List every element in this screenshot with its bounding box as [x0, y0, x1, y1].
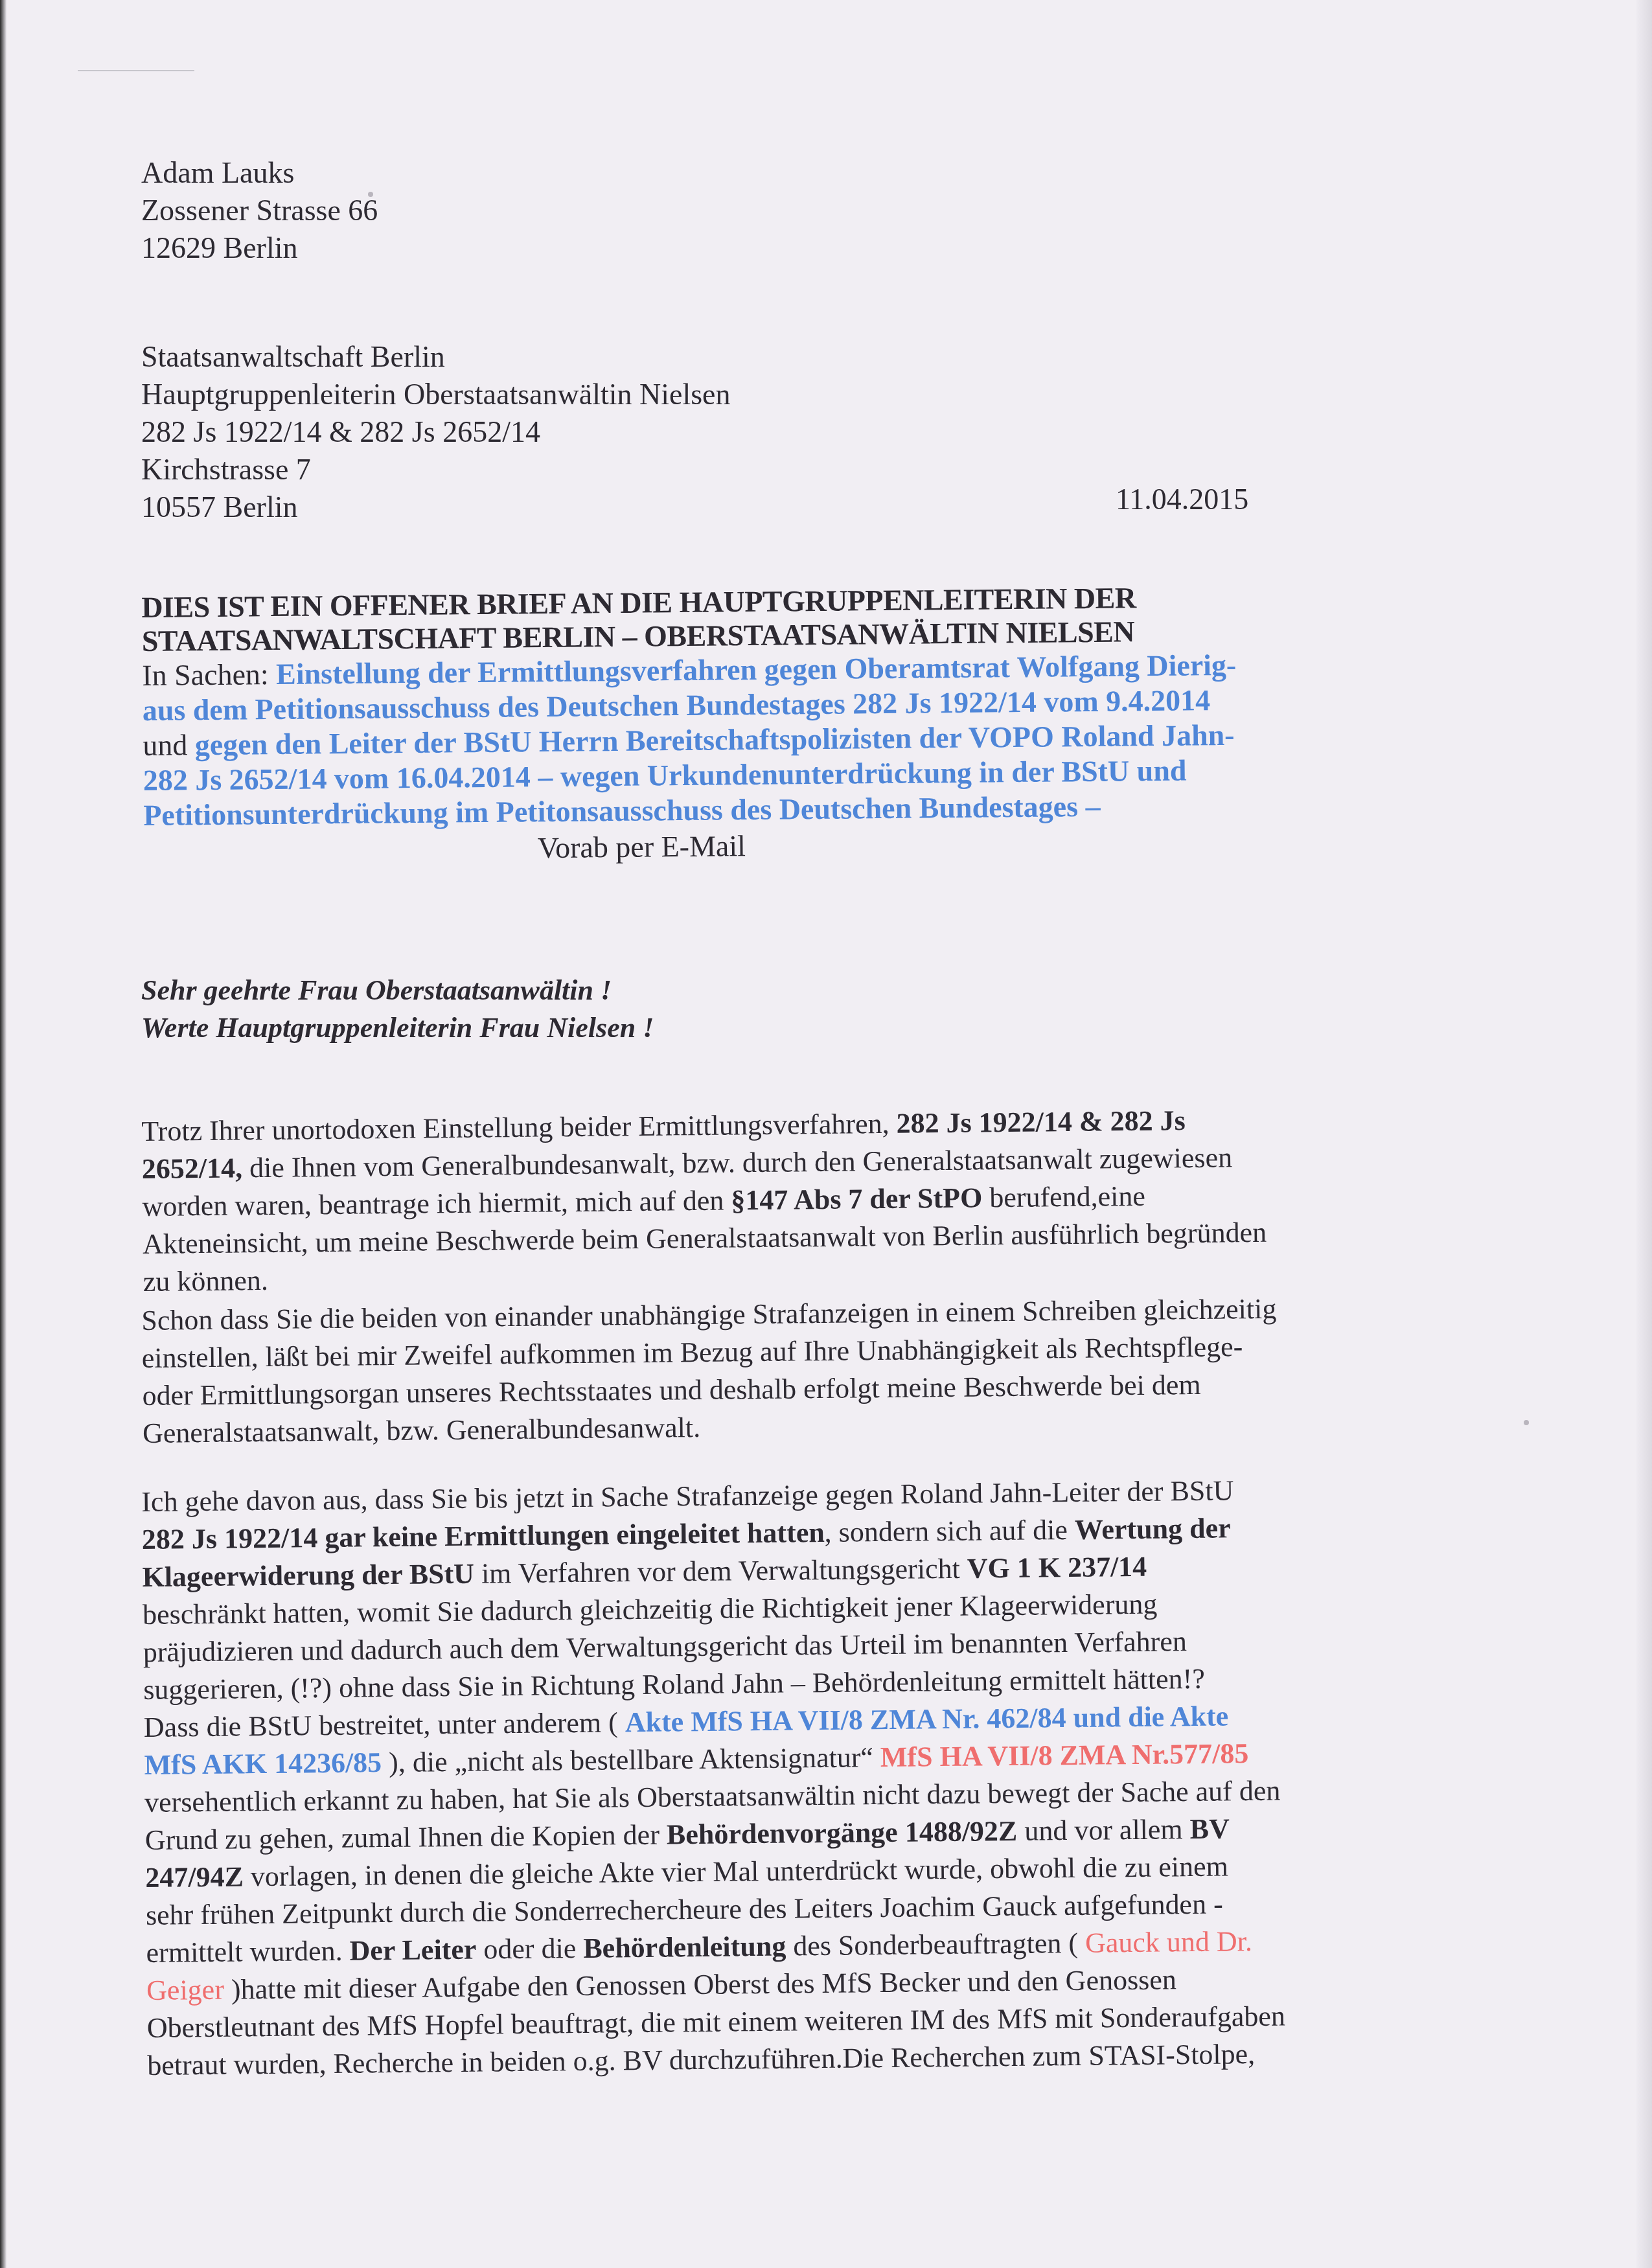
text: ), die „nicht als bestellbare Aktensigna…: [382, 1741, 880, 1778]
recipient-refs: 282 Js 1922/14 & 282 Js 2652/14: [141, 413, 731, 451]
text: worden waren, beantrage ich hiermit, mic…: [142, 1184, 731, 1222]
text: )hatte mit dieser Aufgabe den Genossen O…: [224, 1964, 1176, 2005]
text: vorlagen, in denen die gleiche Akte vier…: [244, 1850, 1228, 1892]
text: Trotz Ihrer unortodoxen Einstellung beid…: [141, 1108, 897, 1147]
subject-prefix: In Sachen:: [142, 658, 276, 692]
paragraph-3: Ich gehe davon aus, dass Sie bis jetzt i…: [141, 1470, 1443, 2085]
file-ref-blue: MfS AKK 14236/85: [144, 1747, 382, 1781]
text: im Verfahren vor dem Verwaltungsgericht: [474, 1553, 967, 1590]
court-ref: VG 1 K 237/14: [967, 1551, 1147, 1585]
recipient-person: Hauptgruppenleiterin Oberstaatsanwältin …: [141, 376, 731, 413]
subject-and: und: [143, 728, 195, 762]
paragraph-1: Trotz Ihrer unortodoxen Einstellung beid…: [141, 1099, 1439, 1301]
text: , sondern sich auf die: [824, 1514, 1075, 1548]
staple-mark: [78, 62, 194, 71]
sender-address: Adam Lauks Zossener Strasse 66 12629 Ber…: [141, 154, 378, 267]
text: Grund zu gehen, zumal Ihnen die Kopien d…: [145, 1819, 667, 1856]
text: des Sonderbeauftragten (: [786, 1927, 1085, 1962]
recipient-city: 10557 Berlin: [141, 488, 731, 526]
scan-left-edge: [0, 0, 6, 2268]
text: ermittelt wurden.: [146, 1935, 350, 1969]
sender-city: 12629 Berlin: [141, 229, 378, 267]
sender-name: Adam Lauks: [141, 154, 378, 192]
emphasis: 282 Js 1922/14 gar keine Ermittlungen ei…: [142, 1517, 825, 1555]
text: berufend,eine: [982, 1180, 1145, 1214]
names-red: Gauck und Dr.: [1085, 1925, 1252, 1959]
scan-speck: [1524, 1420, 1529, 1425]
sender-street: Zossener Strasse 66: [141, 192, 378, 229]
case-ref: 2652/14,: [142, 1152, 243, 1185]
letter-date: 11.04.2015: [1116, 482, 1248, 516]
recipient-street: Kirchstrasse 7: [141, 451, 731, 488]
names-red: Geiger: [146, 1974, 224, 2006]
recipient-org: Staatsanwaltschaft Berlin: [141, 338, 731, 376]
recipient-address: Staatsanwaltschaft Berlin Hauptgruppenle…: [141, 338, 731, 526]
law-ref: §147 Abs 7 der StPO: [731, 1182, 982, 1216]
emphasis: Behördenvorgänge 1488/92Z: [667, 1815, 1018, 1851]
text: Dass die BStU bestreitet, unter anderem …: [144, 1706, 625, 1743]
text: oder die: [476, 1932, 583, 1965]
file-ref-blue: Akte MfS HA VII/8 ZMA Nr. 462/84 und die…: [625, 1700, 1229, 1738]
scan-right-edge: [1636, 0, 1652, 2268]
text: und vor allem: [1017, 1813, 1190, 1847]
emphasis: Behördenleitung: [583, 1930, 786, 1964]
paragraph-2: Schon dass Sie die beiden von einander u…: [141, 1289, 1438, 1452]
emphasis: Der Leiter: [349, 1934, 476, 1967]
emphasis: BV: [1189, 1813, 1230, 1845]
salutation: Sehr geehrte Frau Oberstaatsanwältin ! W…: [141, 972, 654, 1047]
salutation-line-2: Werte Hauptgruppenleiterin Frau Nielsen …: [141, 1009, 654, 1047]
subject-block: DIES IST EIN OFFENER BRIEF AN DIE HAUPTG…: [141, 578, 1440, 869]
emphasis: Wertung der: [1075, 1512, 1231, 1546]
emphasis: Klageerwiderung der BStU: [142, 1558, 474, 1593]
emphasis: 247/94Z: [145, 1861, 244, 1894]
salutation-line-1: Sehr geehrte Frau Oberstaatsanwältin !: [141, 972, 654, 1009]
text: die Ihnen vom Generalbundesanwalt, bzw. …: [242, 1141, 1232, 1184]
file-ref-red: MfS HA VII/8 ZMA Nr.577/85: [880, 1737, 1249, 1773]
case-refs: 282 Js 1922/14 & 282 Js: [896, 1105, 1186, 1140]
